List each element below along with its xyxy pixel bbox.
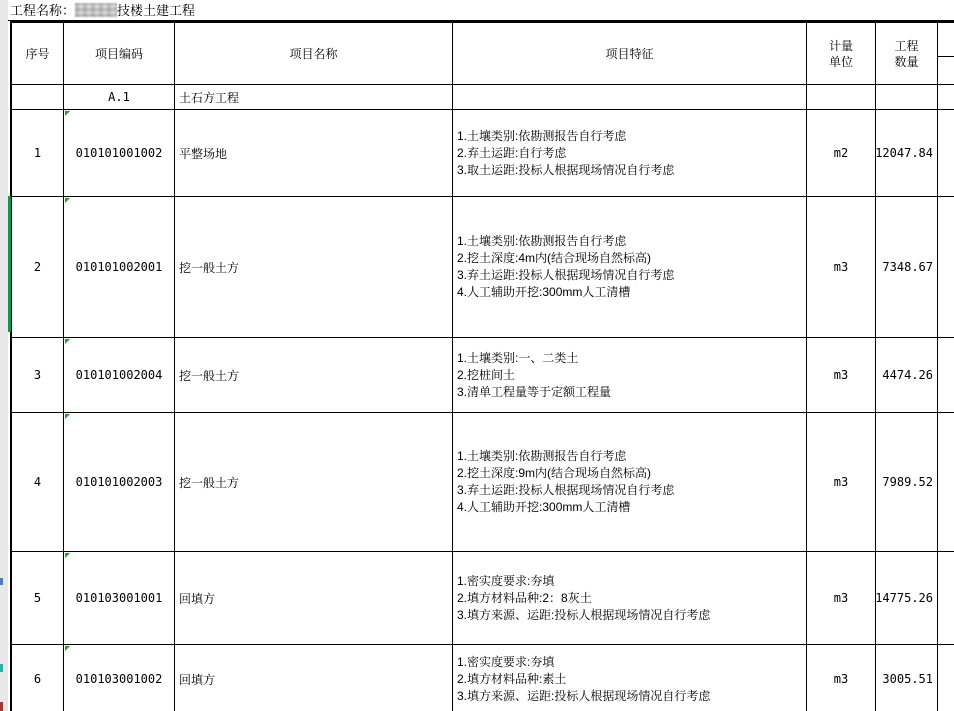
serial-cell[interactable]: 3 [12, 338, 64, 412]
feature-line: 2.挖土深度:9m内(结合现场自然标高) [457, 465, 674, 482]
section-feature-cell[interactable] [453, 85, 807, 109]
header-quantity[interactable]: 工程 数量 [876, 23, 938, 84]
table-row: 1 010101001002 平整场地 1.土壤类别:依勘测报告自行考虑 2.弃… [12, 110, 954, 197]
section-serial-cell[interactable] [12, 85, 64, 109]
cutoff-left-column [0, 0, 8, 711]
section-qty-cell[interactable] [876, 85, 938, 109]
amount-cell[interactable] [938, 552, 954, 644]
feature-line: 2.挖土深度:4m内(结合现场自然标高) [457, 250, 674, 267]
header-qty-line2: 数量 [894, 55, 918, 69]
feature-line: 3.填方来源、运距:投标人根据现场情况自行考虑 [457, 607, 710, 624]
error-triangle-icon [65, 553, 70, 558]
amount-cell[interactable] [938, 110, 954, 196]
header-item-code[interactable]: 项目编码 [64, 23, 175, 84]
feature-cell[interactable]: 1.密实度要求:夯填 2.填方材料品种:2：8灰土 3.填方来源、运距:投标人根… [453, 552, 807, 644]
table-header-row: 序号 项目编码 项目名称 项目特征 计量 单位 工程 数量 综合单价 [12, 23, 954, 85]
table-row: 2 010101002001 挖一般土方 1.土壤类别:依勘测报告自行考虑 2.… [12, 197, 954, 338]
serial-cell[interactable]: 2 [12, 197, 64, 337]
code-value: 010101002004 [76, 368, 163, 382]
feature-line: 2.填方材料品种:素土 [457, 671, 710, 688]
name-cell[interactable]: 挖一般土方 [175, 413, 453, 551]
name-cell[interactable]: 挖一般土方 [175, 338, 453, 412]
unit-cell[interactable]: m3 [807, 413, 876, 551]
serial-cell[interactable]: 4 [12, 413, 64, 551]
amount-cell[interactable] [938, 645, 954, 711]
name-cell[interactable]: 挖一般土方 [175, 197, 453, 337]
amount-cell[interactable] [938, 413, 954, 551]
project-title-suffix: 技楼土建工程 [117, 3, 195, 18]
table-row: 4 010101002003 挖一般土方 1.土壤类别:依勘测报告自行考虑 2.… [12, 413, 954, 552]
header-amount-sub: 综合单价 [938, 57, 954, 84]
code-cell[interactable]: 010103001001 [64, 552, 175, 644]
unit-cell[interactable]: m2 [807, 110, 876, 196]
feature-line: 1.密实度要求:夯填 [457, 654, 710, 671]
header-amount-top [938, 23, 954, 57]
code-cell[interactable]: 010101001002 [64, 110, 175, 196]
code-cell[interactable]: 010101002001 [64, 197, 175, 337]
feature-cell[interactable]: 1.土壤类别:依勘测报告自行考虑 2.弃土运距:自行考虑 3.取土运距:投标人根… [453, 110, 807, 196]
qty-cell[interactable]: 7348.67 [876, 197, 938, 337]
feature-line: 1.土壤类别:依勘测报告自行考虑 [457, 128, 674, 145]
feature-line: 2.挖桩间土 [457, 367, 611, 384]
code-value: 010103001001 [76, 591, 163, 605]
qty-cell[interactable]: 7989.52 [876, 413, 938, 551]
feature-line: 4.人工辅助开挖:300mm人工清槽 [457, 499, 674, 516]
serial-cell[interactable]: 1 [12, 110, 64, 196]
code-value: 010101002001 [76, 260, 163, 274]
feature-line: 1.土壤类别:一、二类土 [457, 350, 611, 367]
code-cell[interactable]: 010103001002 [64, 645, 175, 711]
error-triangle-icon [65, 111, 70, 116]
section-code-cell[interactable]: A.1 [64, 85, 175, 109]
error-triangle-icon [65, 198, 70, 203]
table-row: 6 010103001002 回填方 1.密实度要求:夯填 2.填方材料品种:素… [12, 645, 954, 711]
project-title-prefix: 工程名称： [10, 3, 75, 18]
header-item-feature[interactable]: 项目特征 [453, 23, 807, 84]
table-row: 5 010103001001 回填方 1.密实度要求:夯填 2.填方材料品种:2… [12, 552, 954, 645]
feature-cell[interactable]: 1.土壤类别:依勘测报告自行考虑 2.挖土深度:9m内(结合现场自然标高) 3.… [453, 413, 807, 551]
serial-cell[interactable]: 6 [12, 645, 64, 711]
feature-line: 3.取土运距:投标人根据现场情况自行考虑 [457, 162, 674, 179]
section-name-cell[interactable]: 土石方工程 [175, 85, 453, 109]
boq-table: 序号 项目编码 项目名称 项目特征 计量 单位 工程 数量 综合单价 A.1 土… [10, 20, 954, 711]
code-value: 010101002003 [76, 475, 163, 489]
section-row: A.1 土石方工程 [12, 85, 954, 110]
qty-cell[interactable]: 3005.51 [876, 645, 938, 711]
code-cell[interactable]: 010101002003 [64, 413, 175, 551]
header-amount-partial[interactable]: 综合单价 [938, 23, 954, 84]
active-cell-selection-border [8, 196, 11, 332]
feature-cell[interactable]: 1.土壤类别:依勘测报告自行考虑 2.挖土深度:4m内(结合现场自然标高) 3.… [453, 197, 807, 337]
header-unit-line2: 单位 [829, 55, 853, 69]
project-title-cell[interactable]: 工程名称：技楼土建工程 [8, 2, 197, 21]
feature-line: 3.弃土运距:投标人根据现场情况自行考虑 [457, 267, 674, 284]
unit-cell[interactable]: m3 [807, 552, 876, 644]
feature-cell[interactable]: 1.密实度要求:夯填 2.填方材料品种:素土 3.填方来源、运距:投标人根据现场… [453, 645, 807, 711]
error-triangle-icon [65, 414, 70, 419]
code-value: 010101001002 [76, 146, 163, 160]
feature-line: 2.填方材料品种:2：8灰土 [457, 590, 710, 607]
feature-cell[interactable]: 1.土壤类别:一、二类土 2.挖桩间土 3.清单工程量等于定额工程量 [453, 338, 807, 412]
header-serial[interactable]: 序号 [12, 23, 64, 84]
code-cell[interactable]: 010101002004 [64, 338, 175, 412]
name-cell[interactable]: 回填方 [175, 552, 453, 644]
unit-cell[interactable]: m3 [807, 338, 876, 412]
section-unit-cell[interactable] [807, 85, 876, 109]
unit-cell[interactable]: m3 [807, 645, 876, 711]
serial-cell[interactable]: 5 [12, 552, 64, 644]
code-value: 010103001002 [76, 672, 163, 686]
header-item-name[interactable]: 项目名称 [175, 23, 453, 84]
name-cell[interactable]: 平整场地 [175, 110, 453, 196]
header-unit[interactable]: 计量 单位 [807, 23, 876, 84]
amount-cell[interactable] [938, 338, 954, 412]
feature-line: 1.土壤类别:依勘测报告自行考虑 [457, 448, 674, 465]
header-unit-line1: 计量 [829, 39, 853, 53]
section-amount-cell[interactable] [938, 85, 954, 109]
header-qty-line1: 工程 [894, 39, 918, 53]
amount-cell[interactable] [938, 197, 954, 337]
feature-line: 2.弃土运距:自行考虑 [457, 145, 674, 162]
qty-cell[interactable]: 14775.26 [876, 552, 938, 644]
redacted-project-name [75, 3, 117, 17]
table-row: 3 010101002004 挖一般土方 1.土壤类别:一、二类土 2.挖桩间土… [12, 338, 954, 413]
qty-cell[interactable]: 4474.26 [876, 338, 938, 412]
feature-line: 3.清单工程量等于定额工程量 [457, 384, 611, 401]
unit-cell[interactable]: m3 [807, 197, 876, 337]
feature-line: 1.土壤类别:依勘测报告自行考虑 [457, 233, 674, 250]
spreadsheet-view: 工程名称：技楼土建工程 序号 项目编码 项目名称 项目特征 计量 单位 工程 数… [0, 0, 954, 711]
hidden-cell-artifact [0, 702, 3, 711]
feature-line: 3.填方来源、运距:投标人根据现场情况自行考虑 [457, 688, 710, 705]
feature-line: 4.人工辅助开挖:300mm人工清槽 [457, 284, 674, 301]
feature-line: 3.弃土运距:投标人根据现场情况自行考虑 [457, 482, 674, 499]
hidden-cell-artifact [0, 664, 3, 672]
name-cell[interactable]: 回填方 [175, 645, 453, 711]
feature-line: 1.密实度要求:夯填 [457, 573, 710, 590]
qty-cell[interactable]: 12047.84 [876, 110, 938, 196]
error-triangle-icon [65, 646, 70, 651]
error-triangle-icon [65, 339, 70, 344]
hidden-cell-artifact [0, 578, 3, 585]
